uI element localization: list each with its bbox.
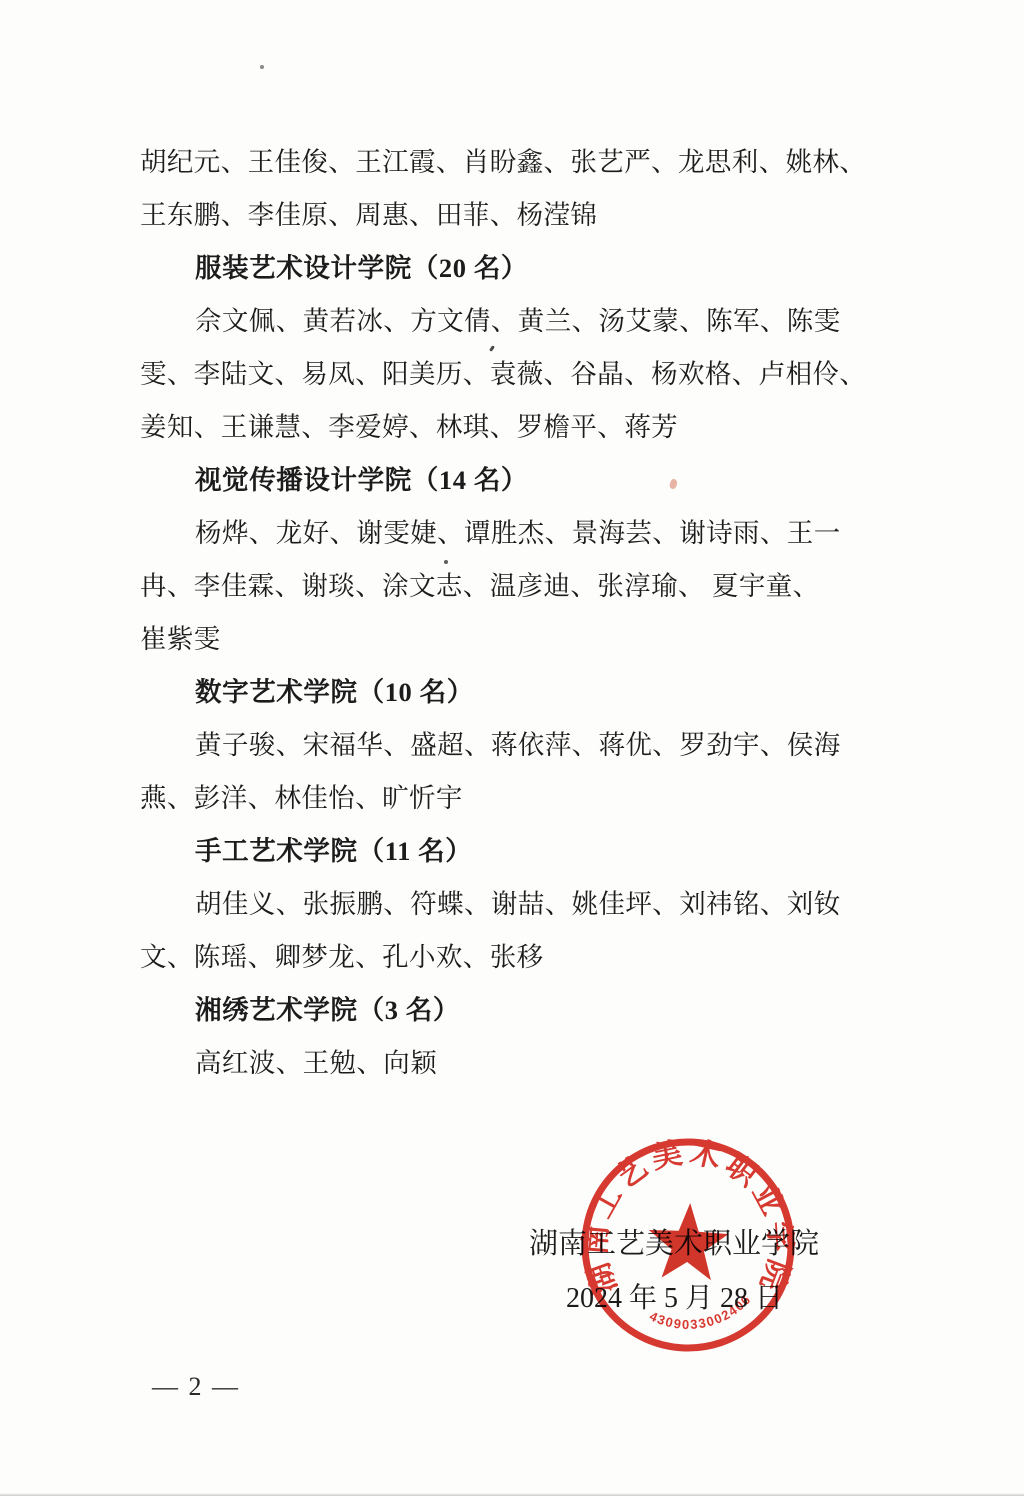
name-list-line: 雯、李陆文、易凤、阳美历、袁薇、谷晶、杨欢格、卢相伶、 bbox=[140, 348, 900, 401]
name-list-line: 崔紫雯 bbox=[140, 613, 900, 666]
scan-speck bbox=[260, 65, 264, 69]
name-list-line: 姜知、王谦慧、李爱婷、林琪、罗檐平、蒋芳 bbox=[140, 401, 900, 454]
name-list-line: 文、陈瑶、卿梦龙、孔小欢、张移 bbox=[140, 931, 900, 984]
name-list-line: 高红波、王勉、向颖 bbox=[140, 1037, 900, 1090]
name-list-line: 王东鹏、李佳原、周惠、田菲、杨滢锦 bbox=[140, 189, 900, 242]
name-list-line: 冉、李佳霖、谢琰、涂文志、温彦迪、张淳瑜、 夏宇童、 bbox=[140, 560, 900, 613]
seal-star-icon bbox=[646, 1201, 730, 1281]
section-heading: 手工艺术学院（11 名） bbox=[140, 825, 900, 878]
scan-speck bbox=[444, 560, 448, 564]
name-list-line: 杨烨、龙好、谢雯婕、谭胜杰、景海芸、谢诗雨、王一 bbox=[140, 507, 900, 560]
notice-body: 胡纪元、王佳俊、王江霞、肖盼鑫、张艺严、龙思利、姚林、 王东鹏、李佳原、周惠、田… bbox=[140, 136, 900, 1090]
section-heading: 视觉传播设计学院（14 名） bbox=[140, 454, 900, 507]
name-list-line: 燕、彭洋、林佳怡、旷忻宇 bbox=[140, 772, 900, 825]
name-list-line: 胡佳义、张振鹏、符蝶、谢喆、姚佳坪、刘祎铭、刘钕 bbox=[140, 878, 900, 931]
section-heading: 湘绣艺术学院（3 名） bbox=[140, 984, 900, 1037]
name-list-line: 佘文佩、黄若冰、方文倩、黄兰、汤艾蒙、陈军、陈雯 bbox=[140, 295, 900, 348]
scanned-document-page: 胡纪元、王佳俊、王江霞、肖盼鑫、张艺严、龙思利、姚林、 王东鹏、李佳原、周惠、田… bbox=[0, 0, 1024, 1496]
svg-text:4309033002406: 4309033002406 bbox=[647, 1286, 755, 1335]
seal-code-text: 4309033002406 bbox=[647, 1286, 755, 1335]
section-heading: 数字艺术学院（10 名） bbox=[140, 666, 900, 719]
name-list-line: 胡纪元、王佳俊、王江霞、肖盼鑫、张艺严、龙思利、姚林、 bbox=[140, 136, 900, 189]
official-seal: 湖南工艺美术职业学院 4309033002406 bbox=[549, 1106, 826, 1383]
name-list-line: 黄子骏、宋福华、盛超、蒋依萍、蒋优、罗劲宇、侯海 bbox=[140, 719, 900, 772]
page-number: — 2 — bbox=[152, 1372, 240, 1402]
section-heading: 服装艺术设计学院（20 名） bbox=[140, 242, 900, 295]
